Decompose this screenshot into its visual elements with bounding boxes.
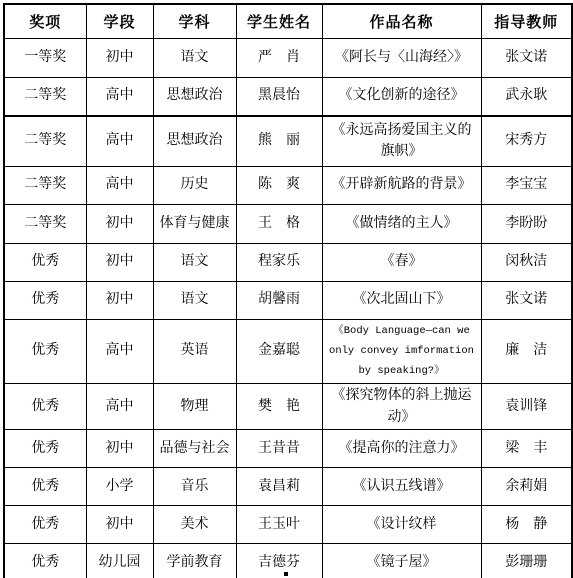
subject-cell: 音乐 bbox=[153, 468, 236, 506]
award-cell: 优秀 bbox=[4, 544, 86, 578]
award-cell: 优秀 bbox=[4, 319, 86, 383]
student-cell: 吉德芬 bbox=[236, 544, 322, 578]
column-header-subject: 学科 bbox=[153, 4, 236, 38]
stage-cell: 高中 bbox=[86, 116, 153, 166]
stage-cell: 初中 bbox=[86, 243, 153, 281]
work-cell: 《永远高扬爱国主义的旗帜》 bbox=[322, 116, 481, 166]
table-row: 一等奖初中语文严 肖《阿长与〈山海经〉》张文诺 bbox=[4, 38, 572, 77]
teacher-cell: 李宝宝 bbox=[481, 166, 572, 204]
student-cell: 樊 艳 bbox=[236, 383, 322, 429]
subject-cell: 物理 bbox=[153, 383, 236, 429]
subject-cell: 语文 bbox=[153, 243, 236, 281]
stage-cell: 初中 bbox=[86, 38, 153, 77]
work-cell: 《开辟新航路的背景》 bbox=[322, 166, 481, 204]
teacher-cell: 杨 静 bbox=[481, 506, 572, 544]
column-header-student: 学生姓名 bbox=[236, 4, 322, 38]
table-row: 优秀初中语文程家乐《春》闵秋洁 bbox=[4, 243, 572, 281]
award-cell: 优秀 bbox=[4, 430, 86, 468]
subject-cell: 语文 bbox=[153, 38, 236, 77]
teacher-cell: 宋秀方 bbox=[481, 116, 572, 166]
student-cell: 王昔昔 bbox=[236, 430, 322, 468]
work-cell: 《探究物体的斜上抛运动》 bbox=[322, 383, 481, 429]
table-body: 一等奖初中语文严 肖《阿长与〈山海经〉》张文诺二等奖高中思想政治黑晨怡《文化创新… bbox=[4, 38, 572, 578]
student-cell: 袁昌莉 bbox=[236, 468, 322, 506]
subject-cell: 思想政治 bbox=[153, 116, 236, 166]
student-cell: 程家乐 bbox=[236, 243, 322, 281]
subject-cell: 语文 bbox=[153, 281, 236, 319]
work-cell: 《设计纹样 bbox=[322, 506, 481, 544]
header-row: 奖项学段学科学生姓名作品名称指导教师 bbox=[4, 4, 572, 38]
stage-cell: 初中 bbox=[86, 281, 153, 319]
table-row: 二等奖初中体育与健康王 格《做情绪的主人》李盼盼 bbox=[4, 204, 572, 243]
stage-cell: 高中 bbox=[86, 77, 153, 116]
stray-dot-mark bbox=[284, 572, 288, 576]
award-cell: 二等奖 bbox=[4, 204, 86, 243]
column-header-work: 作品名称 bbox=[322, 4, 481, 38]
teacher-cell: 张文诺 bbox=[481, 38, 572, 77]
award-cell: 优秀 bbox=[4, 383, 86, 429]
table-row: 优秀初中品德与社会王昔昔《提高你的注意力》梁 丰 bbox=[4, 430, 572, 468]
subject-cell: 体育与健康 bbox=[153, 204, 236, 243]
work-cell: 《次北固山下》 bbox=[322, 281, 481, 319]
work-cell: 《阿长与〈山海经〉》 bbox=[322, 38, 481, 77]
teacher-cell: 李盼盼 bbox=[481, 204, 572, 243]
work-cell: 《文化创新的途径》 bbox=[322, 77, 481, 116]
award-cell: 二等奖 bbox=[4, 77, 86, 116]
work-cell: 《提高你的注意力》 bbox=[322, 430, 481, 468]
column-header-teacher: 指导教师 bbox=[481, 4, 572, 38]
teacher-cell: 袁训锋 bbox=[481, 383, 572, 429]
subject-cell: 历史 bbox=[153, 166, 236, 204]
student-cell: 王 格 bbox=[236, 204, 322, 243]
student-cell: 王玉叶 bbox=[236, 506, 322, 544]
subject-cell: 品德与社会 bbox=[153, 430, 236, 468]
work-cell: 《认识五线谱》 bbox=[322, 468, 481, 506]
work-cell: 《春》 bbox=[322, 243, 481, 281]
awards-table: 奖项学段学科学生姓名作品名称指导教师 一等奖初中语文严 肖《阿长与〈山海经〉》张… bbox=[3, 3, 573, 578]
table-row: 优秀高中物理樊 艳《探究物体的斜上抛运动》袁训锋 bbox=[4, 383, 572, 429]
teacher-cell: 张文诺 bbox=[481, 281, 572, 319]
stage-cell: 高中 bbox=[86, 319, 153, 383]
award-cell: 优秀 bbox=[4, 281, 86, 319]
teacher-cell: 彭珊珊 bbox=[481, 544, 572, 578]
subject-cell: 思想政治 bbox=[153, 77, 236, 116]
table-row: 二等奖高中思想政治熊 丽《永远高扬爱国主义的旗帜》宋秀方 bbox=[4, 116, 572, 166]
teacher-cell: 武永耿 bbox=[481, 77, 572, 116]
stage-cell: 初中 bbox=[86, 506, 153, 544]
student-cell: 胡馨雨 bbox=[236, 281, 322, 319]
work-cell: 《镜子屋》 bbox=[322, 544, 481, 578]
student-cell: 陈 爽 bbox=[236, 166, 322, 204]
student-cell: 严 肖 bbox=[236, 38, 322, 77]
student-cell: 黑晨怡 bbox=[236, 77, 322, 116]
award-cell: 优秀 bbox=[4, 243, 86, 281]
award-cell: 优秀 bbox=[4, 506, 86, 544]
column-header-stage: 学段 bbox=[86, 4, 153, 38]
teacher-cell: 闵秋洁 bbox=[481, 243, 572, 281]
stage-cell: 高中 bbox=[86, 383, 153, 429]
student-cell: 熊 丽 bbox=[236, 116, 322, 166]
subject-cell: 英语 bbox=[153, 319, 236, 383]
teacher-cell: 余莉娟 bbox=[481, 468, 572, 506]
student-cell: 金嘉聪 bbox=[236, 319, 322, 383]
teacher-cell: 廉 洁 bbox=[481, 319, 572, 383]
column-header-award: 奖项 bbox=[4, 4, 86, 38]
award-cell: 优秀 bbox=[4, 468, 86, 506]
table-row: 优秀小学音乐袁昌莉《认识五线谱》余莉娟 bbox=[4, 468, 572, 506]
table-row: 二等奖高中思想政治黑晨怡《文化创新的途径》武永耿 bbox=[4, 77, 572, 116]
award-cell: 二等奖 bbox=[4, 166, 86, 204]
subject-cell: 学前教育 bbox=[153, 544, 236, 578]
stage-cell: 高中 bbox=[86, 166, 153, 204]
work-cell: 《Body Language—can we only convey imform… bbox=[322, 319, 481, 383]
work-cell: 《做情绪的主人》 bbox=[322, 204, 481, 243]
stage-cell: 小学 bbox=[86, 468, 153, 506]
stage-cell: 初中 bbox=[86, 430, 153, 468]
stage-cell: 幼儿园 bbox=[86, 544, 153, 578]
table-row: 优秀幼儿园学前教育吉德芬《镜子屋》彭珊珊 bbox=[4, 544, 572, 578]
table-header: 奖项学段学科学生姓名作品名称指导教师 bbox=[4, 4, 572, 38]
award-cell: 二等奖 bbox=[4, 116, 86, 166]
teacher-cell: 梁 丰 bbox=[481, 430, 572, 468]
table-row: 优秀初中语文胡馨雨《次北固山下》张文诺 bbox=[4, 281, 572, 319]
document-page: 奖项学段学科学生姓名作品名称指导教师 一等奖初中语文严 肖《阿长与〈山海经〉》张… bbox=[0, 0, 573, 578]
table-row: 优秀初中美术王玉叶《设计纹样杨 静 bbox=[4, 506, 572, 544]
table-row: 二等奖高中历史陈 爽《开辟新航路的背景》李宝宝 bbox=[4, 166, 572, 204]
table-row: 优秀高中英语金嘉聪《Body Language—can we only conv… bbox=[4, 319, 572, 383]
stage-cell: 初中 bbox=[86, 204, 153, 243]
award-cell: 一等奖 bbox=[4, 38, 86, 77]
subject-cell: 美术 bbox=[153, 506, 236, 544]
